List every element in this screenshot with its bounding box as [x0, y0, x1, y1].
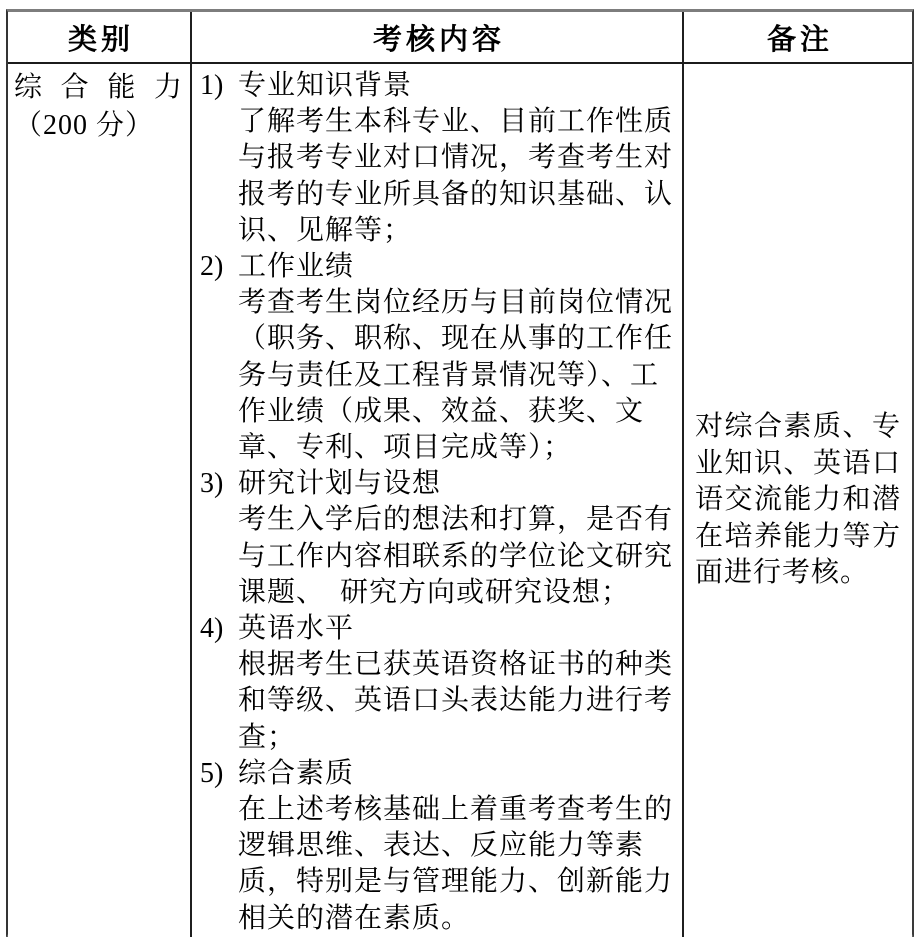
item-detail-line: 务与责任及工程背景情况等）、工	[200, 358, 674, 394]
assessment-item-1: 1)专业知识背景 了解考生本科专业、目前工作性质 与报考专业对口情况，考查考生对…	[200, 68, 674, 249]
item-detail-line: 课题、 研究方向或研究设想；	[200, 575, 674, 611]
item-detail-line: 质，特别是与管理能力、创新能力	[200, 864, 674, 900]
category-name: 综合能力	[14, 69, 182, 107]
item-title: 工作业绩	[238, 251, 354, 282]
item-detail-line: 在上述考核基础上着重考查考生的	[200, 792, 674, 828]
header-cell-remark: 备注	[684, 12, 912, 64]
item-title-line: 3)研究计划与设想	[200, 466, 674, 502]
remark-line: 在培养能力等方	[695, 519, 900, 556]
item-detail-line: 与报考专业对口情况，考查考生对	[200, 140, 674, 176]
header-label-category: 类别	[68, 17, 134, 58]
assessment-item-2: 2)工作业绩 考查考生岗位经历与目前岗位情况 （职务、职称、现在从事的工作任 务…	[200, 249, 674, 466]
header-cell-content: 考核内容	[192, 12, 684, 64]
header-label-content: 考核内容	[373, 17, 505, 58]
item-title: 专业知识背景	[238, 70, 412, 101]
assessment-item-4: 4)英语水平 根据考生已获英语资格证书的种类 和等级、英语口头表达能力进行考 查…	[200, 611, 674, 756]
item-title: 英语水平	[238, 613, 354, 644]
item-detail-line: 逻辑思维、表达、反应能力等素	[200, 828, 674, 864]
item-detail-line: 了解考生本科专业、目前工作性质	[200, 104, 674, 140]
item-detail-line: 章、专利、项目完成等）；	[200, 430, 674, 466]
item-detail-line: （职务、职称、现在从事的工作任	[200, 321, 674, 357]
category-cell: 综合能力 （200 分）	[8, 64, 192, 937]
item-detail-line: 考生入学后的想法和打算，是否有	[200, 502, 674, 538]
item-detail-line: 根据考生已获英语资格证书的种类	[200, 647, 674, 683]
item-detail-line: 作业绩（成果、效益、获奖、文	[200, 394, 674, 430]
header-cell-category: 类别	[8, 12, 192, 64]
item-marker: 4)	[200, 611, 238, 647]
remark-line: 业知识、英语口	[695, 446, 900, 483]
assessment-item-5: 5)综合素质 在上述考核基础上着重考查考生的 逻辑思维、表达、反应能力等素 质，…	[200, 756, 674, 937]
item-title-line: 1)专业知识背景	[200, 68, 674, 104]
item-detail-line: 查；	[200, 720, 674, 756]
item-title-line: 5)综合素质	[200, 756, 674, 792]
item-detail-line: 和等级、英语口头表达能力进行考	[200, 683, 674, 719]
document-page: 类别 考核内容 备注 综合能力 （200 分） 1)专业知识背景 了解考生本科专…	[0, 0, 922, 946]
item-marker: 3)	[200, 466, 238, 502]
item-detail-line: 考查考生岗位经历与目前岗位情况	[200, 285, 674, 321]
header-label-remark: 备注	[767, 17, 833, 58]
item-title-line: 2)工作业绩	[200, 249, 674, 285]
content-cell: 1)专业知识背景 了解考生本科专业、目前工作性质 与报考专业对口情况，考查考生对…	[192, 64, 684, 937]
assessment-table: 类别 考核内容 备注 综合能力 （200 分） 1)专业知识背景 了解考生本科专…	[6, 9, 914, 937]
item-title-line: 4)英语水平	[200, 611, 674, 647]
remark-cell: 对综合素质、专 业知识、英语口 语交流能力和潜 在培养能力等方 面进行考核。	[684, 64, 912, 937]
item-title: 综合素质	[238, 758, 354, 789]
item-marker: 5)	[200, 756, 238, 792]
assessment-item-3: 3)研究计划与设想 考生入学后的想法和打算，是否有 与工作内容相联系的学位论文研…	[200, 466, 674, 611]
item-detail-line: 识、见解等；	[200, 213, 674, 249]
category-score: （200 分）	[14, 107, 182, 145]
remark-line: 语交流能力和潜	[695, 482, 900, 519]
item-marker: 2)	[200, 249, 238, 285]
remark-line: 对综合素质、专	[695, 409, 900, 446]
item-title: 研究计划与设想	[238, 468, 441, 499]
item-marker: 1)	[200, 68, 238, 104]
remark-line: 面进行考核。	[695, 555, 900, 592]
item-detail-line: 相关的潜在素质。	[200, 901, 674, 937]
item-detail-line: 报考的专业所具备的知识基础、认	[200, 177, 674, 213]
item-detail-line: 与工作内容相联系的学位论文研究	[200, 539, 674, 575]
